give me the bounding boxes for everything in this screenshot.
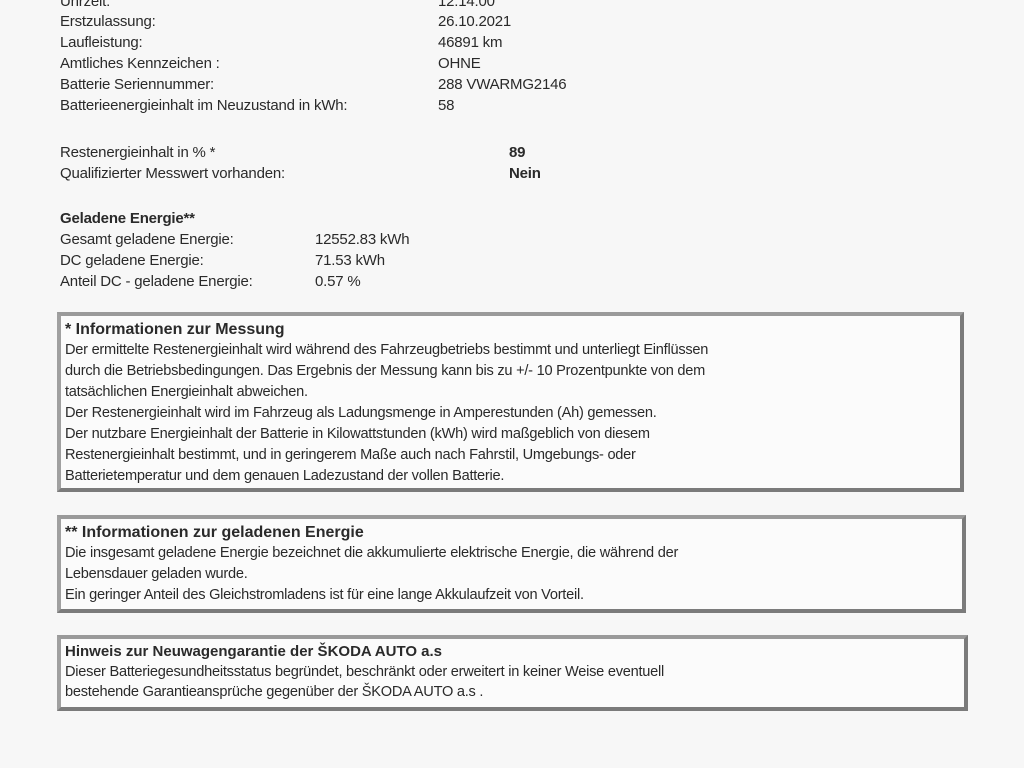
- soh-label: Qualifizierter Messwert vorhanden:: [60, 164, 285, 184]
- charged-value: 0.57 %: [315, 272, 361, 292]
- info-value: 46891 km: [438, 33, 502, 53]
- box-line: Lebensdauer geladen wurde.: [65, 564, 958, 585]
- charged-label: DC geladene Energie:: [60, 251, 204, 271]
- box-line: Restenergieinhalt bestimmt, und in gerin…: [65, 445, 956, 466]
- box-line: Die insgesamt geladene Energie bezeichne…: [65, 543, 958, 564]
- charged-energy-row-dc: DC geladene Energie: 71.53 kWh: [60, 251, 204, 271]
- box-line: Der Restenergieinhalt wird im Fahrzeug a…: [65, 403, 956, 424]
- charged-energy-row-dc-share: Anteil DC - geladene Energie: 0.57 %: [60, 272, 253, 292]
- charged-energy-row-total: Gesamt geladene Energie: 12552.83 kWh: [60, 230, 234, 250]
- info-row-mileage: Laufleistung: 46891 km: [60, 33, 142, 53]
- info-box-measurement: * Informationen zur Messung Der ermittel…: [57, 312, 964, 492]
- info-value: 12:14:00: [438, 0, 495, 12]
- box-title: ** Informationen zur geladenen Energie: [65, 522, 958, 543]
- box-line: Ein geringer Anteil des Gleichstromladen…: [65, 585, 958, 606]
- box-title: Hinweis zur Neuwagengarantie der ŠKODA A…: [65, 642, 960, 662]
- charged-label: Gesamt geladene Energie:: [60, 230, 234, 250]
- soh-label: Restenergieinhalt in % *: [60, 143, 215, 163]
- info-value: 26.10.2021: [438, 12, 511, 32]
- soh-value: 89: [509, 143, 525, 163]
- box-line: tatsächlichen Energieinhalt abweichen.: [65, 382, 956, 403]
- box-line: durch die Betriebsbedingungen. Das Ergeb…: [65, 361, 956, 382]
- info-label: Batterieenergieinhalt im Neuzustand in k…: [60, 96, 347, 116]
- info-value: 288 VWARMG2146: [438, 75, 566, 95]
- info-label: Batterie Seriennummer:: [60, 75, 214, 95]
- info-label: Laufleistung:: [60, 33, 142, 53]
- info-row-first-registration: Erstzulassung: 26.10.2021: [60, 12, 156, 32]
- info-box-charged-energy: ** Informationen zur geladenen Energie D…: [57, 515, 966, 613]
- info-box-warranty-notice: Hinweis zur Neuwagengarantie der ŠKODA A…: [57, 635, 968, 711]
- info-value: 58: [438, 96, 454, 116]
- info-label: Erstzulassung:: [60, 12, 156, 32]
- charged-energy-heading: Geladene Energie**: [60, 209, 195, 229]
- info-row-battery-serial: Batterie Seriennummer: 288 VWARMG2146: [60, 75, 214, 95]
- info-label: Uhrzeit:: [60, 0, 110, 12]
- charged-label: Anteil DC - geladene Energie:: [60, 272, 253, 292]
- info-row-time: Uhrzeit: 12:14:00: [60, 0, 110, 12]
- box-line: bestehende Garantieansprüche gegenüber d…: [65, 682, 960, 702]
- info-row-license-plate: Amtliches Kennzeichen : OHNE: [60, 54, 220, 74]
- box-line: Der ermittelte Restenergieinhalt wird wä…: [65, 340, 956, 361]
- box-line: Dieser Batteriegesundheitsstatus begründ…: [65, 662, 960, 682]
- battery-health-report: Uhrzeit: 12:14:00 Erstzulassung: 26.10.2…: [0, 0, 1024, 768]
- soh-row-qualified-measurement: Qualifizierter Messwert vorhanden: Nein: [60, 164, 285, 184]
- charged-value: 71.53 kWh: [315, 251, 385, 271]
- box-title: * Informationen zur Messung: [65, 319, 956, 340]
- box-line: Batterietemperatur und dem genauen Ladez…: [65, 466, 956, 487]
- info-value: OHNE: [438, 54, 481, 74]
- info-label: Amtliches Kennzeichen :: [60, 54, 220, 74]
- info-row-battery-capacity-new: Batterieenergieinhalt im Neuzustand in k…: [60, 96, 347, 116]
- soh-row-remaining-energy: Restenergieinhalt in % * 89: [60, 143, 215, 163]
- box-line: Der nutzbare Energieinhalt der Batterie …: [65, 424, 956, 445]
- soh-value: Nein: [509, 164, 541, 184]
- charged-value: 12552.83 kWh: [315, 230, 409, 250]
